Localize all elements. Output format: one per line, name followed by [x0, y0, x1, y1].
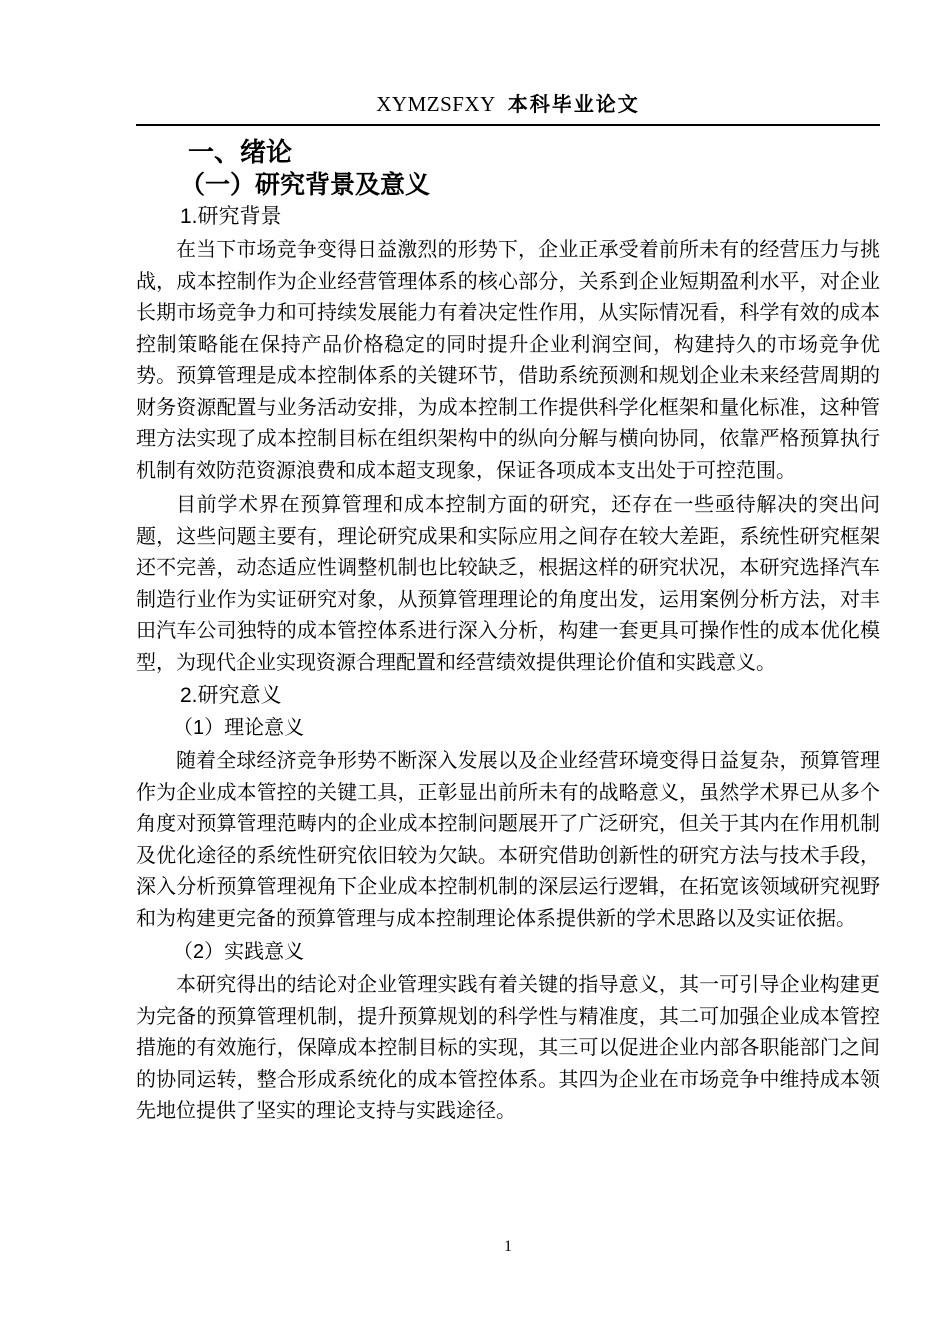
- header-school-code: XYMZSFXY: [376, 92, 496, 116]
- page-header: XYMZSFXY 本科毕业论文: [136, 0, 880, 126]
- subsection-heading-research-background: 1.研究背景: [180, 202, 880, 232]
- document-page: XYMZSFXY 本科毕业论文 一、绪论 （一）研究背景及意义 1.研究背景 在…: [0, 0, 950, 1344]
- paragraph-background-1: 在当下市场竞争变得日益激烈的形势下，企业正承受着前所未有的经营压力与挑战，成本控…: [136, 235, 880, 487]
- item-heading-practical-significance: （2）实践意义: [173, 937, 880, 967]
- paragraph-theoretical-significance: 随着全球经济竞争形势不断深入发展以及企业经营环境变得日益复杂，预算管理作为企业成…: [136, 746, 880, 935]
- text-block: XYMZSFXY 本科毕业论文 一、绪论 （一）研究背景及意义 1.研究背景 在…: [136, 0, 880, 1128]
- paragraph-practical-significance: 本研究得出的结论对企业管理实践有着关键的指导意义，其一可引导企业构建更为完备的预…: [136, 970, 880, 1128]
- chapter-heading: 一、绪论: [188, 137, 880, 167]
- item-heading-theoretical-significance: （1）理论意义: [173, 713, 880, 743]
- header-doc-type: 本科毕业论文: [508, 94, 640, 116]
- section-heading-background-significance: （一）研究背景及意义: [180, 170, 880, 200]
- page-footer: 1: [136, 1238, 880, 1256]
- subsection-heading-research-significance: 2.研究意义: [180, 681, 880, 711]
- page-number: 1: [504, 1238, 512, 1255]
- paragraph-background-2: 目前学术界在预算管理和成本控制方面的研究，还存在一些亟待解决的突出问题，这些问题…: [136, 490, 880, 679]
